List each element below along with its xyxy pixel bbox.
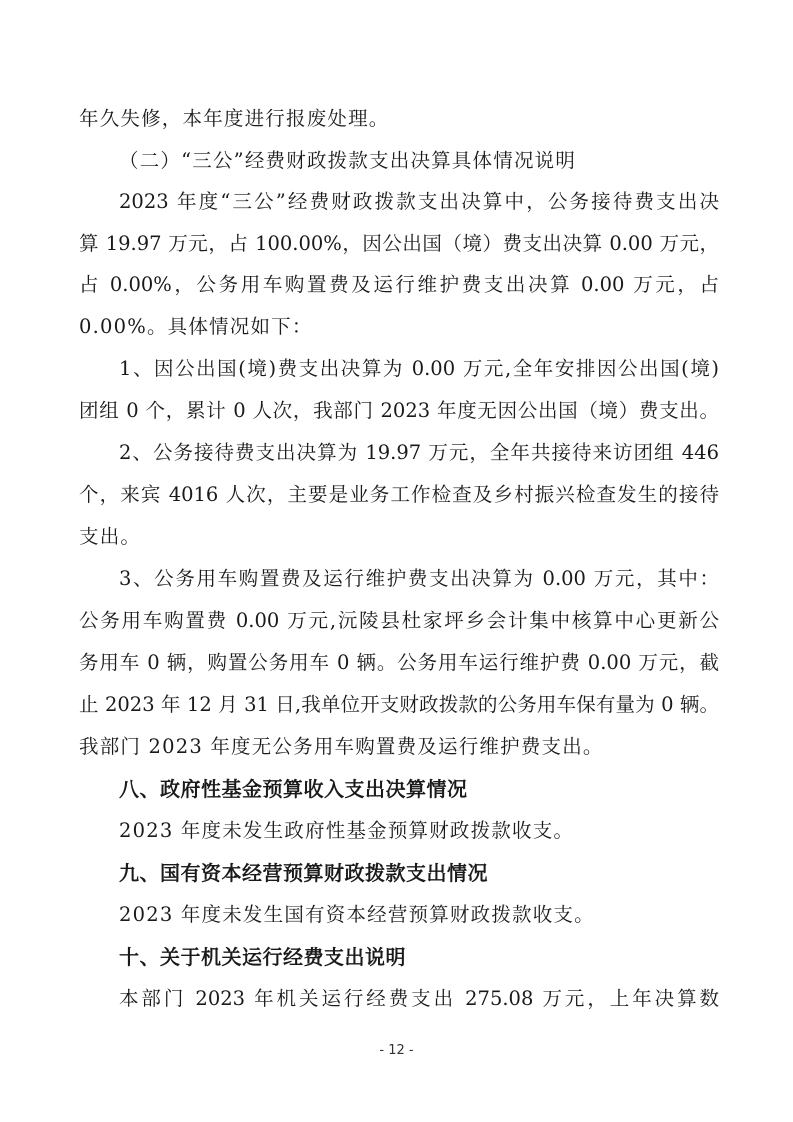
page-number: - 12 - bbox=[0, 1043, 793, 1058]
item-2-reception-line3: 支出。 bbox=[79, 524, 719, 550]
item-2-reception-line1: 2、公务接待费支出决算为 19.97 万元，全年共接待来访团组 446 bbox=[79, 440, 719, 466]
section-heading-9: 九、国有资本经营预算财政拨款支出情况 bbox=[79, 860, 719, 886]
paragraph-sangong-summary-line3: 占 0.00%，公务用车购置费及运行维护费支出决算 0.00 万元，占 bbox=[79, 272, 719, 298]
paragraph-sangong-summary-line1: 2023 年度“三公”经费财政拨款支出决算中，公务接待费支出决 bbox=[79, 189, 719, 215]
section-heading-8: 八、政府性基金预算收入支出决算情况 bbox=[79, 776, 719, 802]
item-3-vehicle-line1: 3、公务用车购置费及运行维护费支出决算为 0.00 万元，其中： bbox=[79, 566, 719, 592]
item-1-overseas-line2: 团组 0 个，累计 0 人次，我部门 2023 年度无因公出国（境）费支出。 bbox=[79, 398, 719, 424]
item-3-vehicle-line5: 我部门 2023 年度无公务用车购置费及运行维护费支出。 bbox=[79, 734, 719, 760]
subsection-title-sangong: （二）“三公”经费财政拨款支出决算具体情况说明 bbox=[79, 148, 719, 174]
item-2-reception-line2: 个，来宾 4016 人次，主要是业务工作检查及乡村振兴检查发生的接待 bbox=[79, 482, 719, 508]
section-body-9: 2023 年度未发生国有资本经营预算财政拨款收支。 bbox=[79, 902, 719, 928]
item-3-vehicle-line4: 止 2023 年 12 月 31 日,我单位开支财政拨款的公务用车保有量为 0 … bbox=[79, 692, 719, 718]
section-body-10: 本部门 2023 年机关运行经费支出 275.08 万元，上年决算数 bbox=[79, 986, 719, 1012]
section-heading-10: 十、关于机关运行经费支出说明 bbox=[79, 944, 719, 970]
paragraph-sangong-summary-line2: 算 19.97 万元，占 100.00%，因公出国（境）费支出决算 0.00 万… bbox=[79, 231, 719, 257]
paragraph-continuation: 年久失修，本年度进行报废处理。 bbox=[79, 106, 719, 132]
section-body-8: 2023 年度未发生政府性基金预算财政拨款收支。 bbox=[79, 818, 719, 844]
item-3-vehicle-line3: 务用车 0 辆，购置公务用车 0 辆。公务用车运行维护费 0.00 万元，截 bbox=[79, 650, 719, 676]
paragraph-sangong-summary-line4: 0.00%。具体情况如下： bbox=[79, 314, 719, 340]
item-1-overseas-line1: 1、因公出国(境)费支出决算为 0.00 万元,全年安排因公出国(境) bbox=[79, 356, 719, 382]
item-3-vehicle-line2: 公务用车购置费 0.00 万元,沅陵县杜家坪乡会计集中核算中心更新公 bbox=[79, 608, 719, 634]
